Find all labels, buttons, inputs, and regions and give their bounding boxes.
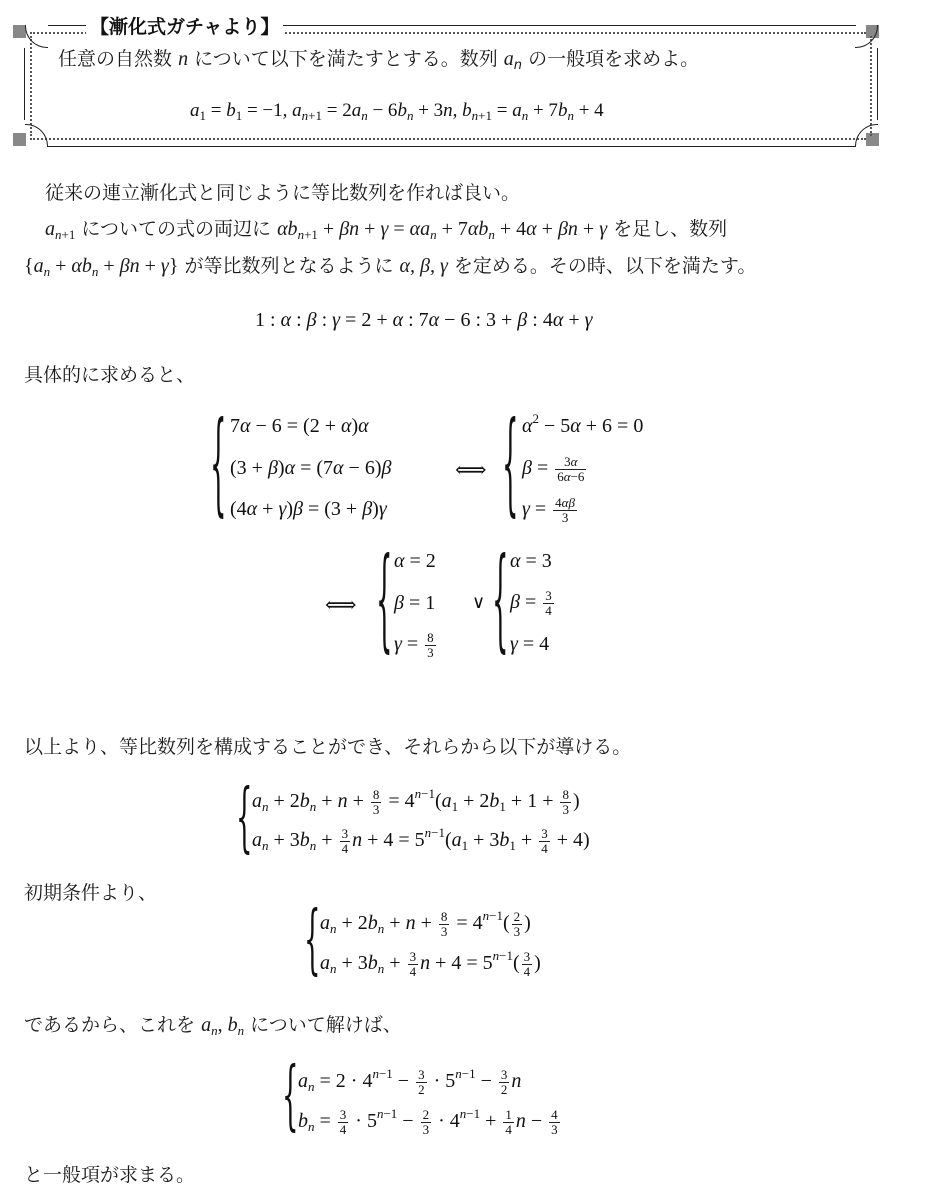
frame-right-dotted xyxy=(870,36,872,136)
left-brace: { xyxy=(282,1054,299,1141)
recurrence-equation: a1 = b1 = −1, an+1 = 2an − 6bn + 3n, bn+… xyxy=(190,100,604,122)
system1-row: 7α − 6 = (2 + α)α xyxy=(230,415,369,438)
system1-row: (4α + γ)β = (3 + β)γ xyxy=(230,498,387,521)
paragraph-concretely: 具体的に求めると、 xyxy=(24,360,195,387)
solution-a-row: α = 2 xyxy=(394,550,436,573)
frame-right-line xyxy=(877,48,878,120)
paragraph-initial: 初期条件より、 xyxy=(24,878,157,905)
system2-row: α2 − 5α + 6 = 0 xyxy=(522,415,643,438)
iff-symbol: ⟺ xyxy=(455,457,487,483)
final-row-b: bn = 34 · 5n−1 − 23 · 4n−1 + 14n − 43 xyxy=(298,1108,562,1137)
paragraph-intro: 従来の連立漸化式と同じように等比数列を作れば良い。 xyxy=(45,178,520,205)
ratio-equation: 1 : α : β : γ = 2 + α : 7α − 6 : 3 + β :… xyxy=(255,309,593,332)
solution-b-row: γ = 4 xyxy=(510,633,549,656)
problem-title: 【漸化式ガチャより】 xyxy=(86,12,283,39)
initial-row: an + 3bn + 34n + 4 = 5n−1(34) xyxy=(320,950,541,979)
paragraph-conclusion: と一般項が求まる。 xyxy=(24,1160,195,1187)
final-row-a: an = 2 · 4n−1 − 32 · 5n−1 − 32n xyxy=(298,1068,521,1097)
frame-bottom-line xyxy=(48,146,856,147)
frame-bottom-dotted xyxy=(30,138,866,140)
left-brace: { xyxy=(210,402,227,531)
or-symbol: ∨ xyxy=(472,592,485,613)
solution-b-row: β = 34 xyxy=(510,589,556,618)
problem-statement: 任意の自然数 n について以下を満たすとする。数列 an の一般項を求めよ。 xyxy=(58,44,699,71)
solution-a-row: γ = 83 xyxy=(394,631,438,660)
paragraph-method-cont: {an + αbn + βn + γ} が等比数列となるように α, β, γ … xyxy=(24,251,756,278)
system2-row: β = 3α6α−6 xyxy=(522,455,588,484)
paragraph-derive: 以上より、等比数列を構成することができ、それらから以下が導ける。 xyxy=(24,732,631,759)
left-brace: { xyxy=(236,776,253,863)
geometric-row: an + 2bn + n + 83 = 4n−1(a1 + 2b1 + 1 + … xyxy=(252,788,580,817)
left-brace: { xyxy=(492,538,509,667)
frame-left-dotted xyxy=(30,36,32,136)
frame-scallop xyxy=(855,25,878,48)
frame-scallop xyxy=(25,25,48,48)
solution-a-row: β = 1 xyxy=(394,592,435,615)
left-brace: { xyxy=(376,538,393,667)
frame-left-line xyxy=(24,48,25,120)
frame-scallop xyxy=(855,124,878,147)
paragraph-solve: であるから、これを an, bn について解けば、 xyxy=(24,1010,402,1037)
system1-row: (3 + β)α = (7α − 6)β xyxy=(230,457,391,480)
paragraph-method: an+1 についての式の両辺に αbn+1 + βn + γ = αan + 7… xyxy=(45,214,727,241)
solution-b-row: α = 3 xyxy=(510,550,552,573)
frame-scallop xyxy=(25,124,48,147)
left-brace: { xyxy=(502,402,519,531)
system2-row: γ = 4αβ3 xyxy=(522,496,579,525)
geometric-row: an + 3bn + 34n + 4 = 5n−1(a1 + 3b1 + 34 … xyxy=(252,827,590,856)
iff-symbol: ⟺ xyxy=(325,592,357,618)
left-brace: { xyxy=(304,898,321,985)
initial-row: an + 2bn + n + 83 = 4n−1(23) xyxy=(320,910,531,939)
